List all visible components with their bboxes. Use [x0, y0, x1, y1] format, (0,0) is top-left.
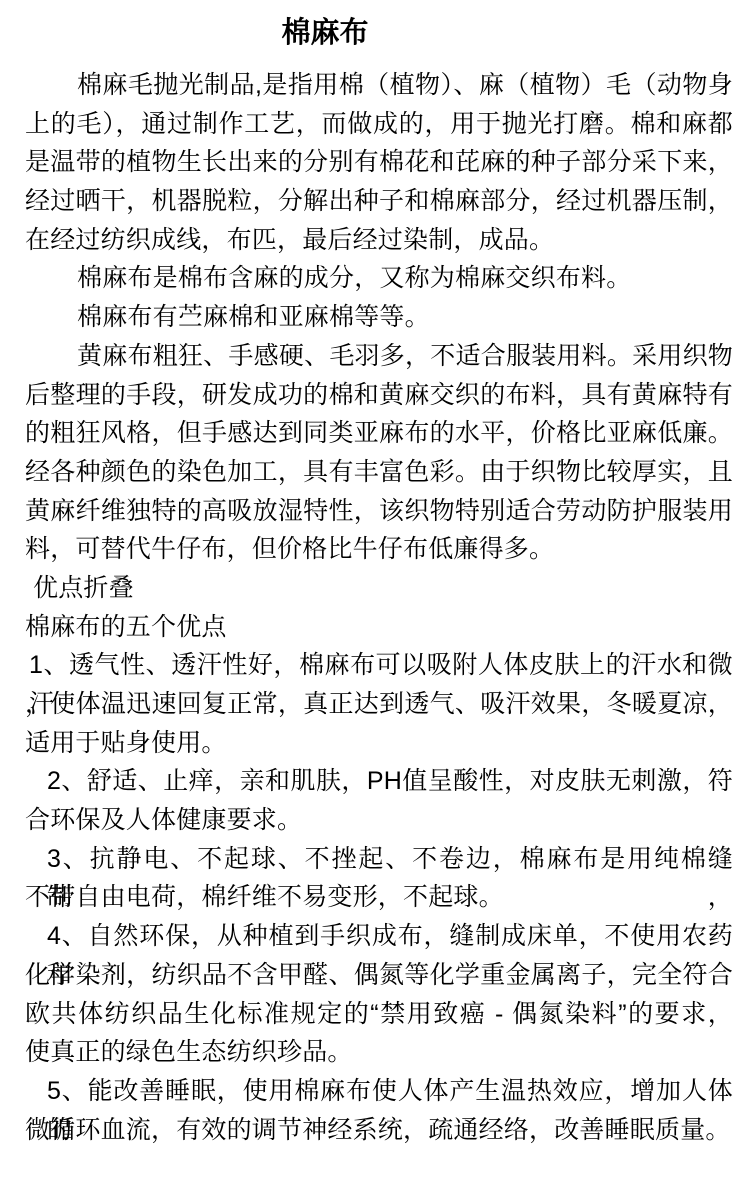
document-body: 棉麻毛抛光制品,是指用棉（植物）、麻（植物）毛（动物身上的毛），通过制作工艺，而… [25, 66, 733, 1149]
text-line: 使真正的绿色生态纺织珍品。 [25, 1033, 733, 1072]
text-line: 黄麻纤维独特的高吸放湿特性，该织物特别适合劳动防护服装用 [25, 492, 733, 531]
text-line: 棉麻布的五个优点 [25, 608, 733, 647]
text-line: 经各种颜色的染色加工，具有丰富色彩。由于织物比较厚实，且 [25, 453, 733, 492]
text-line: 经过晒干，机器脱粒，分解出种子和棉麻部分，经过机器压制， [25, 182, 733, 221]
text-line: 棉麻布有苎麻棉和亚麻棉等等。 [25, 298, 733, 337]
text-line: 上的毛），通过制作工艺，而做成的，用于抛光打磨。棉和麻都 [25, 105, 733, 144]
text-line: 黄麻布粗狂、手感硬、毛羽多，不适合服装用料。采用织物 [25, 337, 733, 376]
text-line: 4、自然环保，从种植到手织成布，缝制成床单，不使用农药和 [25, 917, 733, 956]
text-line: 适用于贴身使用。 [25, 724, 733, 763]
page-title: 棉麻布 [0, 10, 700, 56]
text-line: 3、抗静电、不起球、不挫起、不卷边，棉麻布是用纯棉缝制， [25, 840, 733, 879]
text-line: 化学染剂，纺织品不含甲醛、偶氮等化学重金属离子，完全符合 [25, 956, 733, 995]
text-line: 的粗狂风格，但手感达到同类亚麻布的水平，价格比亚麻低廉。 [25, 414, 733, 453]
text-line: 合环保及人体健康要求。 [25, 801, 733, 840]
text-line: 2、舒适、止痒，亲和肌肤，PH值呈酸性，对皮肤无刺激，符 [25, 762, 733, 801]
text-line: 棉麻毛抛光制品,是指用棉（植物）、麻（植物）毛（动物身 [25, 66, 733, 105]
text-line: 是温带的植物生长出来的分别有棉花和芘麻的种子部分采下来， [25, 143, 733, 182]
text-line: 料，可替代牛仔布，但价格比牛仔布低廉得多。 [25, 530, 733, 569]
article-page: 棉麻布 棉麻毛抛光制品,是指用棉（植物）、麻（植物）毛（动物身上的毛），通过制作… [0, 0, 750, 1178]
text-line: 优点折叠 [25, 569, 733, 608]
text-line: 在经过纺织成线，布匹，最后经过染制，成品。 [25, 221, 733, 260]
text-line: 欧共体纺织品生化标准规定的“禁用致癌 - 偶氮染料”的要求， [25, 995, 733, 1034]
text-line: 5、能改善睡眠，使用棉麻布使人体产生温热效应，增加人体的 [25, 1072, 733, 1111]
text-line: 棉麻布是棉布含麻的成分，又称为棉麻交织布料。 [25, 259, 733, 298]
text-line: 后整理的手段，研发成功的棉和黄麻交织的布料，具有黄麻特有 [25, 376, 733, 415]
text-line: 微循环血流，有效的调节神经系统，疏通经络，改善睡眠质量。 [25, 1111, 733, 1150]
text-line: 1、透气性、透汗性好，棉麻布可以吸附人体皮肤上的汗水和微汗 [25, 646, 733, 685]
text-line: ，使体温迅速回复正常，真正达到透气、吸汗效果，冬暖夏凉， [25, 685, 733, 724]
